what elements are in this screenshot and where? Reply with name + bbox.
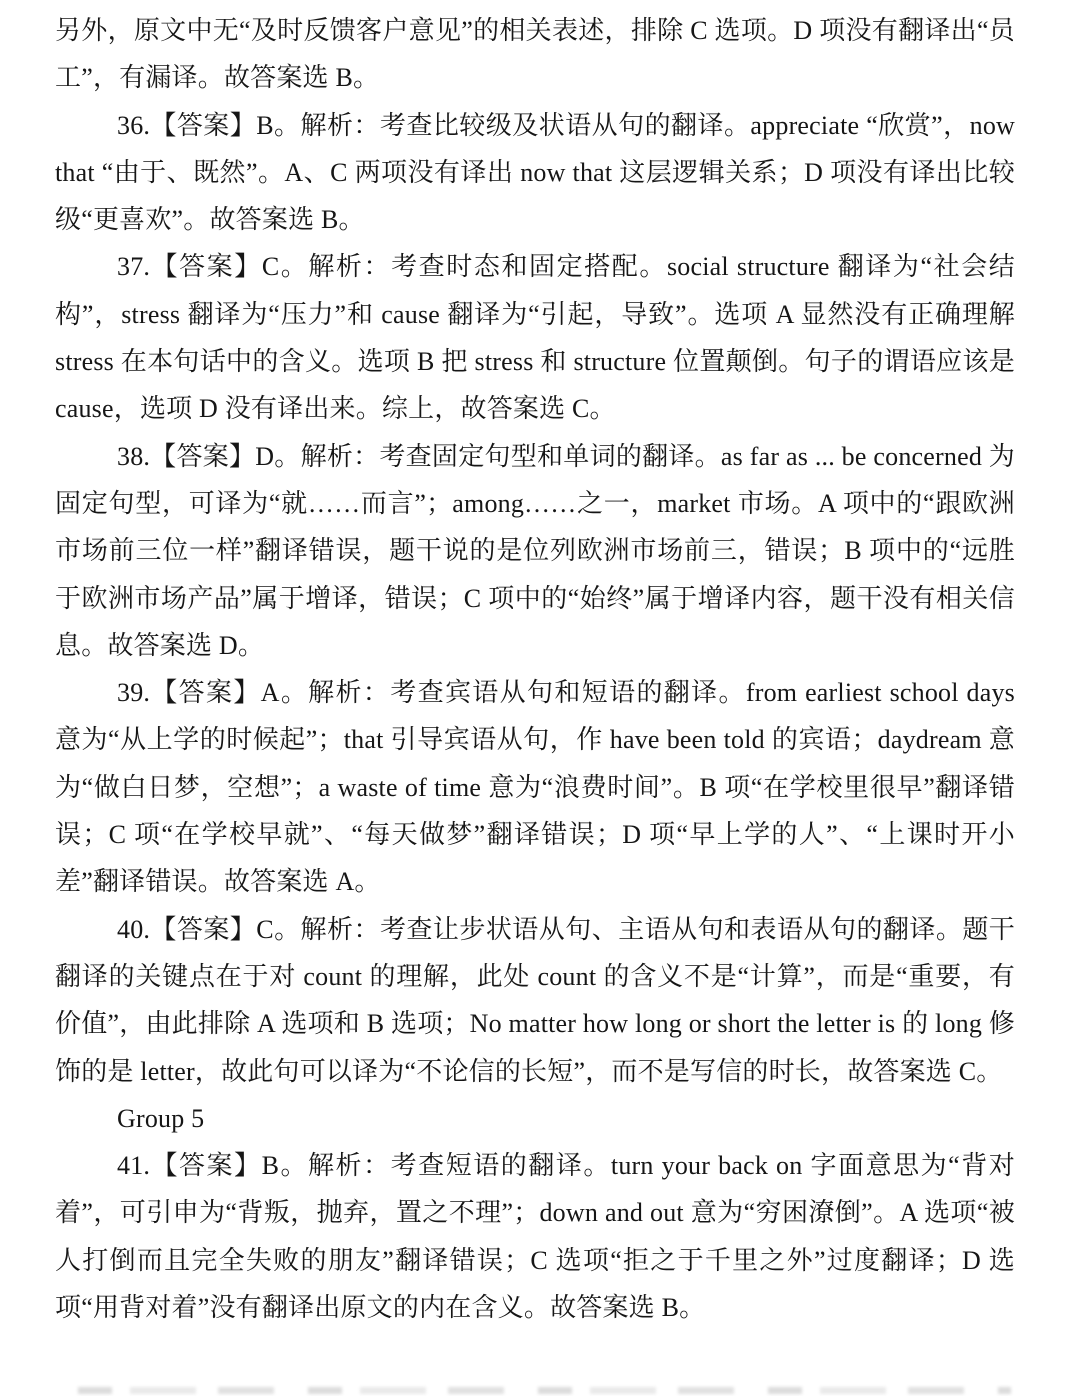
document-page: 另外，原文中无“及时反馈客户意见”的相关表述，排除 C 选项。D 项没有翻译出“…	[0, 0, 1073, 1396]
next-line-cutoff-artifact	[78, 1387, 1011, 1394]
paragraph-answer-37: 37.【答案】C。解析：考查时态和固定搭配。social structure 翻…	[55, 243, 1015, 432]
paragraph-answer-41: 41.【答案】B。解析：考查短语的翻译。turn your back on 字面…	[55, 1142, 1015, 1331]
paragraph-answer-39: 39.【答案】A。解析：考查宾语从句和短语的翻译。from earliest s…	[55, 669, 1015, 905]
paragraph-answer-35-continuation: 另外，原文中无“及时反馈客户意见”的相关表述，排除 C 选项。D 项没有翻译出“…	[55, 7, 1015, 102]
paragraph-answer-36: 36.【答案】B。解析：考查比较级及状语从句的翻译。appreciate “欣赏…	[55, 102, 1015, 244]
paragraph-answer-38: 38.【答案】D。解析：考查固定句型和单词的翻译。as far as ... b…	[55, 433, 1015, 669]
paragraph-answer-40: 40.【答案】C。解析：考查让步状语从句、主语从句和表语从句的翻译。题干翻译的关…	[55, 906, 1015, 1095]
document-content: 另外，原文中无“及时反馈客户意见”的相关表述，排除 C 选项。D 项没有翻译出“…	[0, 0, 1073, 1331]
group-5-heading: Group 5	[55, 1095, 1015, 1142]
